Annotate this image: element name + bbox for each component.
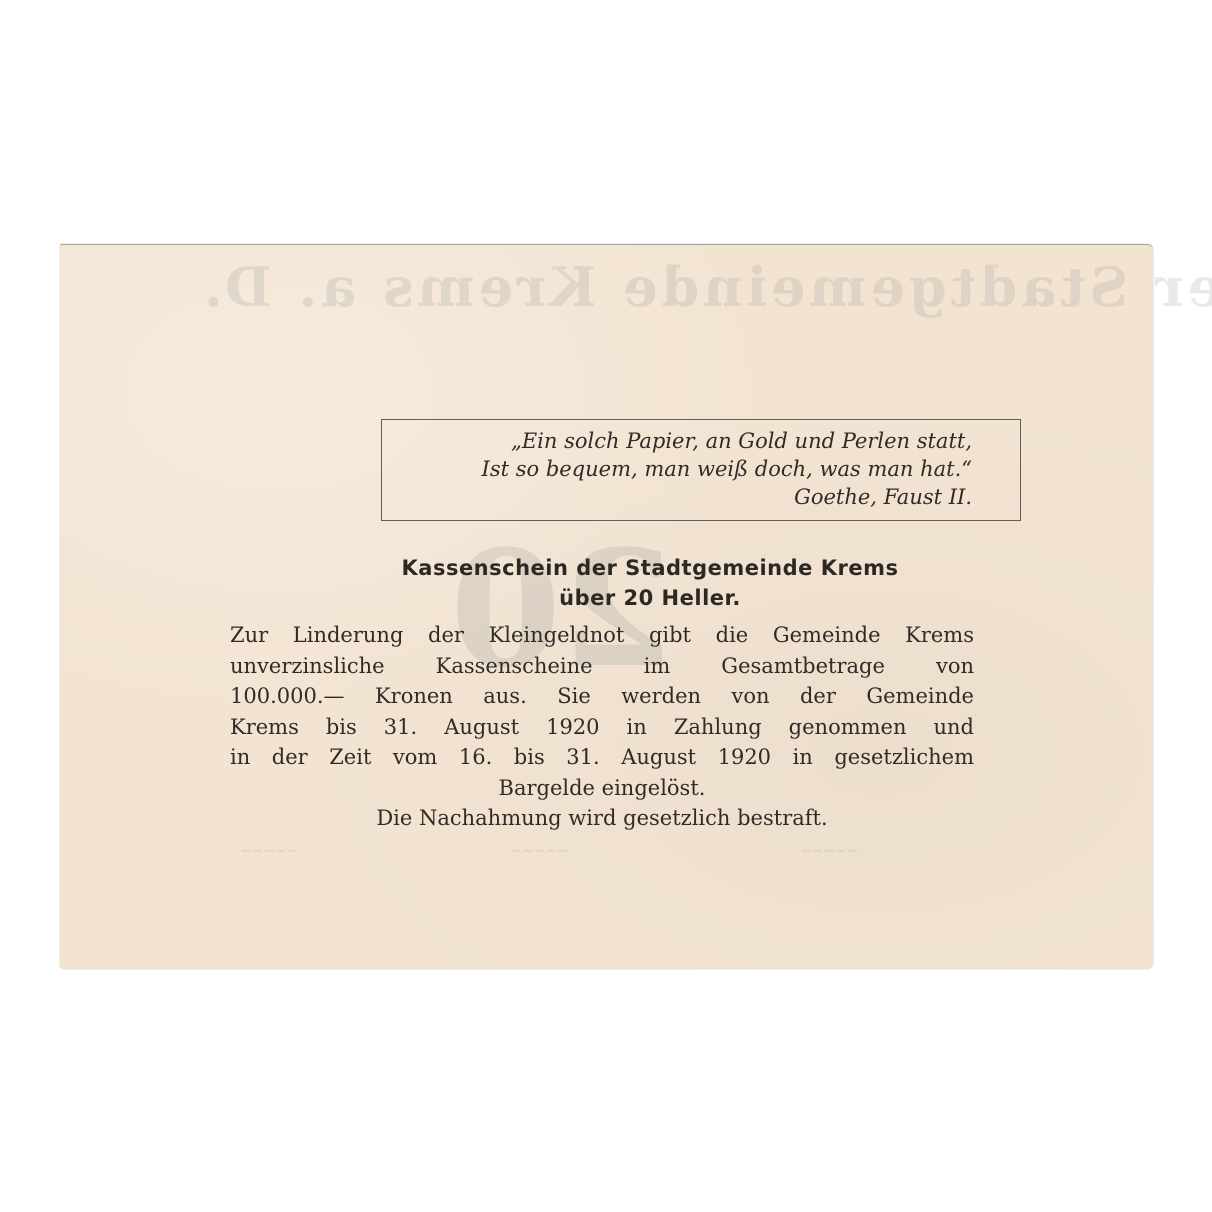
terms-line-2: unverzinsliche Kassenscheine im Gesamtbe… — [230, 651, 974, 682]
terms-line-5: in der Zeit vom 16. bis 31. August 1920 … — [230, 742, 974, 773]
terms-line-6: Bargelde eingelöst. — [230, 773, 974, 804]
bleed-through-signature-left: ~~~~~ — [240, 843, 299, 859]
quote-attribution: Goethe, Faust II. — [382, 483, 972, 511]
quote-line-2: Ist so bequem, man weiß doch, was man ha… — [382, 455, 972, 483]
counterfeit-warning: Die Nachahmung wird gesetzlich bestraft. — [230, 803, 974, 834]
bleed-through-signature-right: ~~~~~ — [800, 843, 859, 859]
note-terms: Zur Linderung der Kleingeldnot gibt die … — [230, 620, 974, 834]
bleed-through-title: Kassenschein der Stadtgemeinde Krems a. … — [200, 255, 1212, 319]
quote-line-1: „Ein solch Papier, an Gold und Perlen st… — [382, 427, 972, 455]
terms-line-3: 100.000.— Kronen aus. Sie werden von der… — [230, 681, 974, 712]
note-title: Kassenschein der Stadtgemeinde Krems — [60, 556, 1060, 580]
note-denomination: über 20 Heller. — [60, 586, 1060, 610]
terms-line-4: Krems bis 31. August 1920 in Zahlung gen… — [230, 712, 974, 743]
terms-line-1: Zur Linderung der Kleingeldnot gibt die … — [230, 620, 974, 651]
banknote-reverse: Kassenschein der Stadtgemeinde Krems a. … — [60, 244, 1153, 969]
bleed-through-signature-center: ~~~~~ — [510, 843, 569, 859]
goethe-quote-box: „Ein solch Papier, an Gold und Perlen st… — [381, 419, 1021, 521]
